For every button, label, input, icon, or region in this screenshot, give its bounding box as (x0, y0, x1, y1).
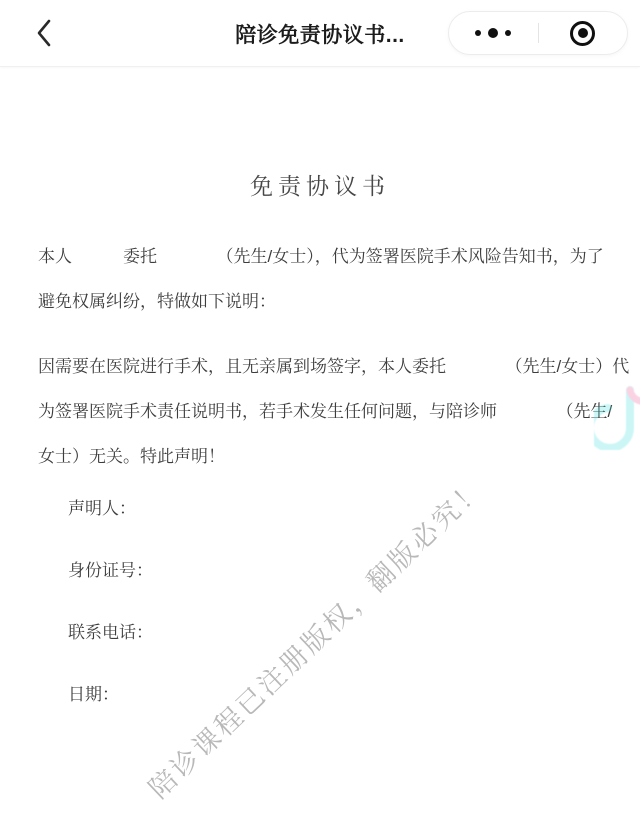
paragraph-1-line-2: 避免权属纠纷，特做如下说明： (38, 279, 602, 324)
paragraph-1-line-1: 本人 委托 （先生/女士），代为签署医院手术风险告知书，为了 (38, 234, 602, 279)
phone-field-label: 联系电话： (68, 621, 602, 645)
paragraph-2: 因需要在医院进行手术，且无亲属到场签字，本人委托 （先生/女士）代 为签署医院手… (38, 344, 602, 479)
document-title: 免责协议书 (38, 171, 602, 202)
more-icon (475, 28, 511, 38)
id-number-field-label: 身份证号： (68, 559, 602, 583)
miniprogram-screen: 陪诊免责协议书... 免责协议书 本人 委托 （先生/女士），代为签署医院手术风… (0, 0, 640, 835)
miniprogram-capsule (448, 11, 628, 55)
date-field-label: 日期： (68, 683, 602, 707)
more-button[interactable] (449, 12, 538, 54)
paragraph-2-line-2: 为签署医院手术责任说明书，若手术发生任何问题，与陪诊师 （先生/ (38, 389, 602, 434)
target-circle-icon (570, 21, 595, 46)
exit-button[interactable] (539, 12, 628, 54)
paragraph-2-line-3: 女士）无关。特此声明！ (38, 434, 602, 479)
signature-fields: 声明人： 身份证号： 联系电话： 日期： (38, 497, 602, 707)
navbar: 陪诊免责协议书... (0, 0, 640, 67)
back-button[interactable] (24, 14, 64, 54)
chevron-left-icon (36, 19, 52, 50)
declarant-field-label: 声明人： (68, 497, 602, 521)
agreement-document: 免责协议书 本人 委托 （先生/女士），代为签署医院手术风险告知书，为了 避免权… (0, 171, 640, 707)
paragraph-2-line-1: 因需要在医院进行手术，且无亲属到场签字，本人委托 （先生/女士）代 (38, 344, 602, 389)
paragraph-1: 本人 委托 （先生/女士），代为签署医院手术风险告知书，为了 避免权属纠纷，特做… (38, 234, 602, 324)
